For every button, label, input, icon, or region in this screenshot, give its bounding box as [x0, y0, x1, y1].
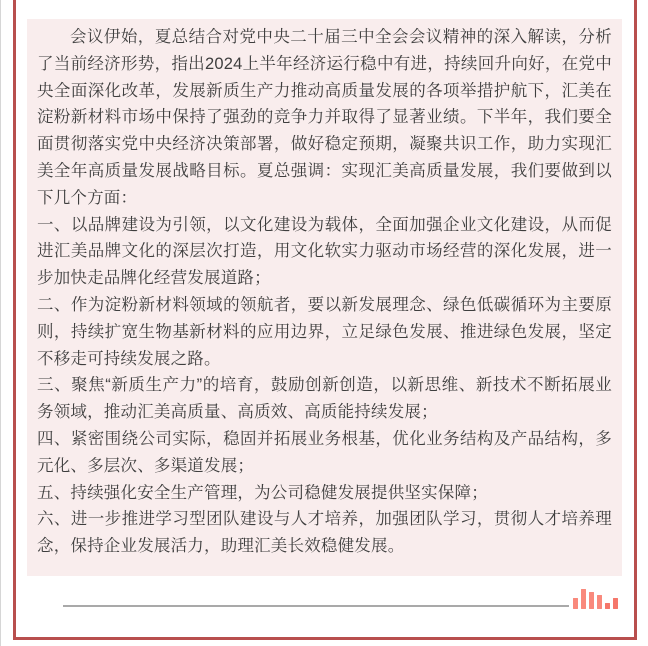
article-panel: 会议伊始，夏总结合对党中央二十届三中全会会议精神的深入解读，分析了当前经济形势，…	[27, 19, 622, 576]
bar-chart-icon-bar	[589, 592, 594, 610]
article-paragraph-point-5: 五、持续强化安全生产管理，为公司稳健发展提供坚实保障；	[37, 480, 612, 507]
article-paragraph-intro: 会议伊始，夏总结合对党中央二十届三中全会会议精神的深入解读，分析了当前经济形势，…	[37, 24, 612, 212]
article-paragraph-point-3: 三、聚焦“新质生产力”的培育，鼓励创新创造，以新思维、新技术不断拓展业务领域，推…	[37, 372, 612, 426]
article-paragraph-point-4: 四、紧密围绕公司实际，稳固并拓展业务根基，优化业务结构及产品结构，多元化、多层次…	[37, 426, 612, 480]
article-paragraph-point-1: 一、以品牌建设为引领，以文化建设为载体，全面加强企业文化建设，从而促进汇美品牌文…	[37, 212, 612, 292]
bar-chart-icon-bar	[581, 589, 586, 610]
bar-chart-icon-bar	[613, 598, 618, 609]
footer-divider-line	[63, 605, 569, 607]
article-paragraph-point-2: 二、作为淀粉新材料领域的领航者，要以新发展理念、绿色低碳循环为主要原则，持续扩宽…	[37, 292, 612, 372]
bar-chart-icon	[573, 587, 620, 609]
bar-chart-icon-bar	[605, 603, 610, 610]
bar-chart-icon-bar	[573, 598, 578, 609]
article-paragraph-point-6: 六、进一步推进学习型团队建设与人才培养，加强团队学习，贯彻人才培养理念，保持企业…	[37, 506, 612, 560]
bar-chart-icon-bar	[597, 595, 602, 609]
screenshot-edge-line	[0, 0, 1, 646]
